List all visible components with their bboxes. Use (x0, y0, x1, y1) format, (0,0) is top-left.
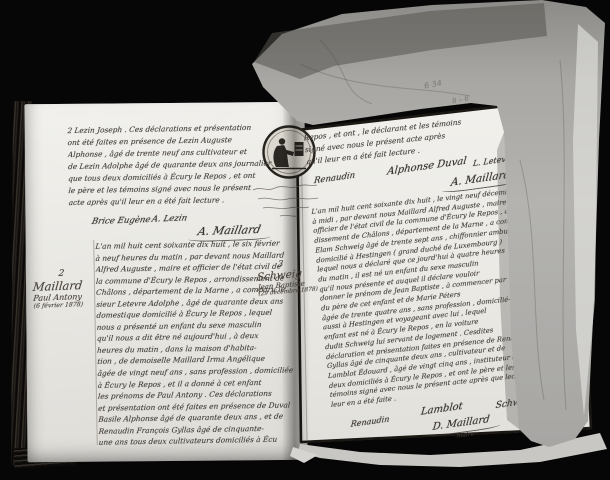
pencil-note: 8 – 6 (451, 95, 469, 106)
signature: Lamblot (420, 401, 463, 418)
right-margin-note: 3 Schweig Jean Baptiste (29 décembre 187… (256, 256, 318, 297)
signature: Renaudin (350, 414, 390, 428)
mayor-title: maire (456, 430, 474, 440)
right-birth-entry: L'an mil huit cent soixante dix huit , l… (311, 185, 554, 410)
signature: A. Lezin (151, 213, 188, 224)
left-margin-note: 2 Maillard Paul Antony (6 février 1878) (32, 268, 83, 310)
left-entry-continuation: 2 Lezin Joseph . Ces déclarations et pré… (67, 121, 306, 209)
pencil-folio-mark: 6 34 (423, 79, 442, 91)
signature: Renaudin (313, 171, 355, 187)
right-page-text-area: Repos , et ont , le déclarant et les tém… (297, 106, 581, 462)
signature: Schweig (495, 396, 535, 411)
register-scan: 2 Lezin Joseph . Ces déclarations et pré… (0, 0, 610, 480)
signature: Brice Eugène (91, 215, 152, 227)
signature: L. Letevre (473, 153, 515, 168)
sheet-curled-edge-highlight (573, 24, 598, 416)
sheet-folded-top-edge (254, 3, 547, 79)
